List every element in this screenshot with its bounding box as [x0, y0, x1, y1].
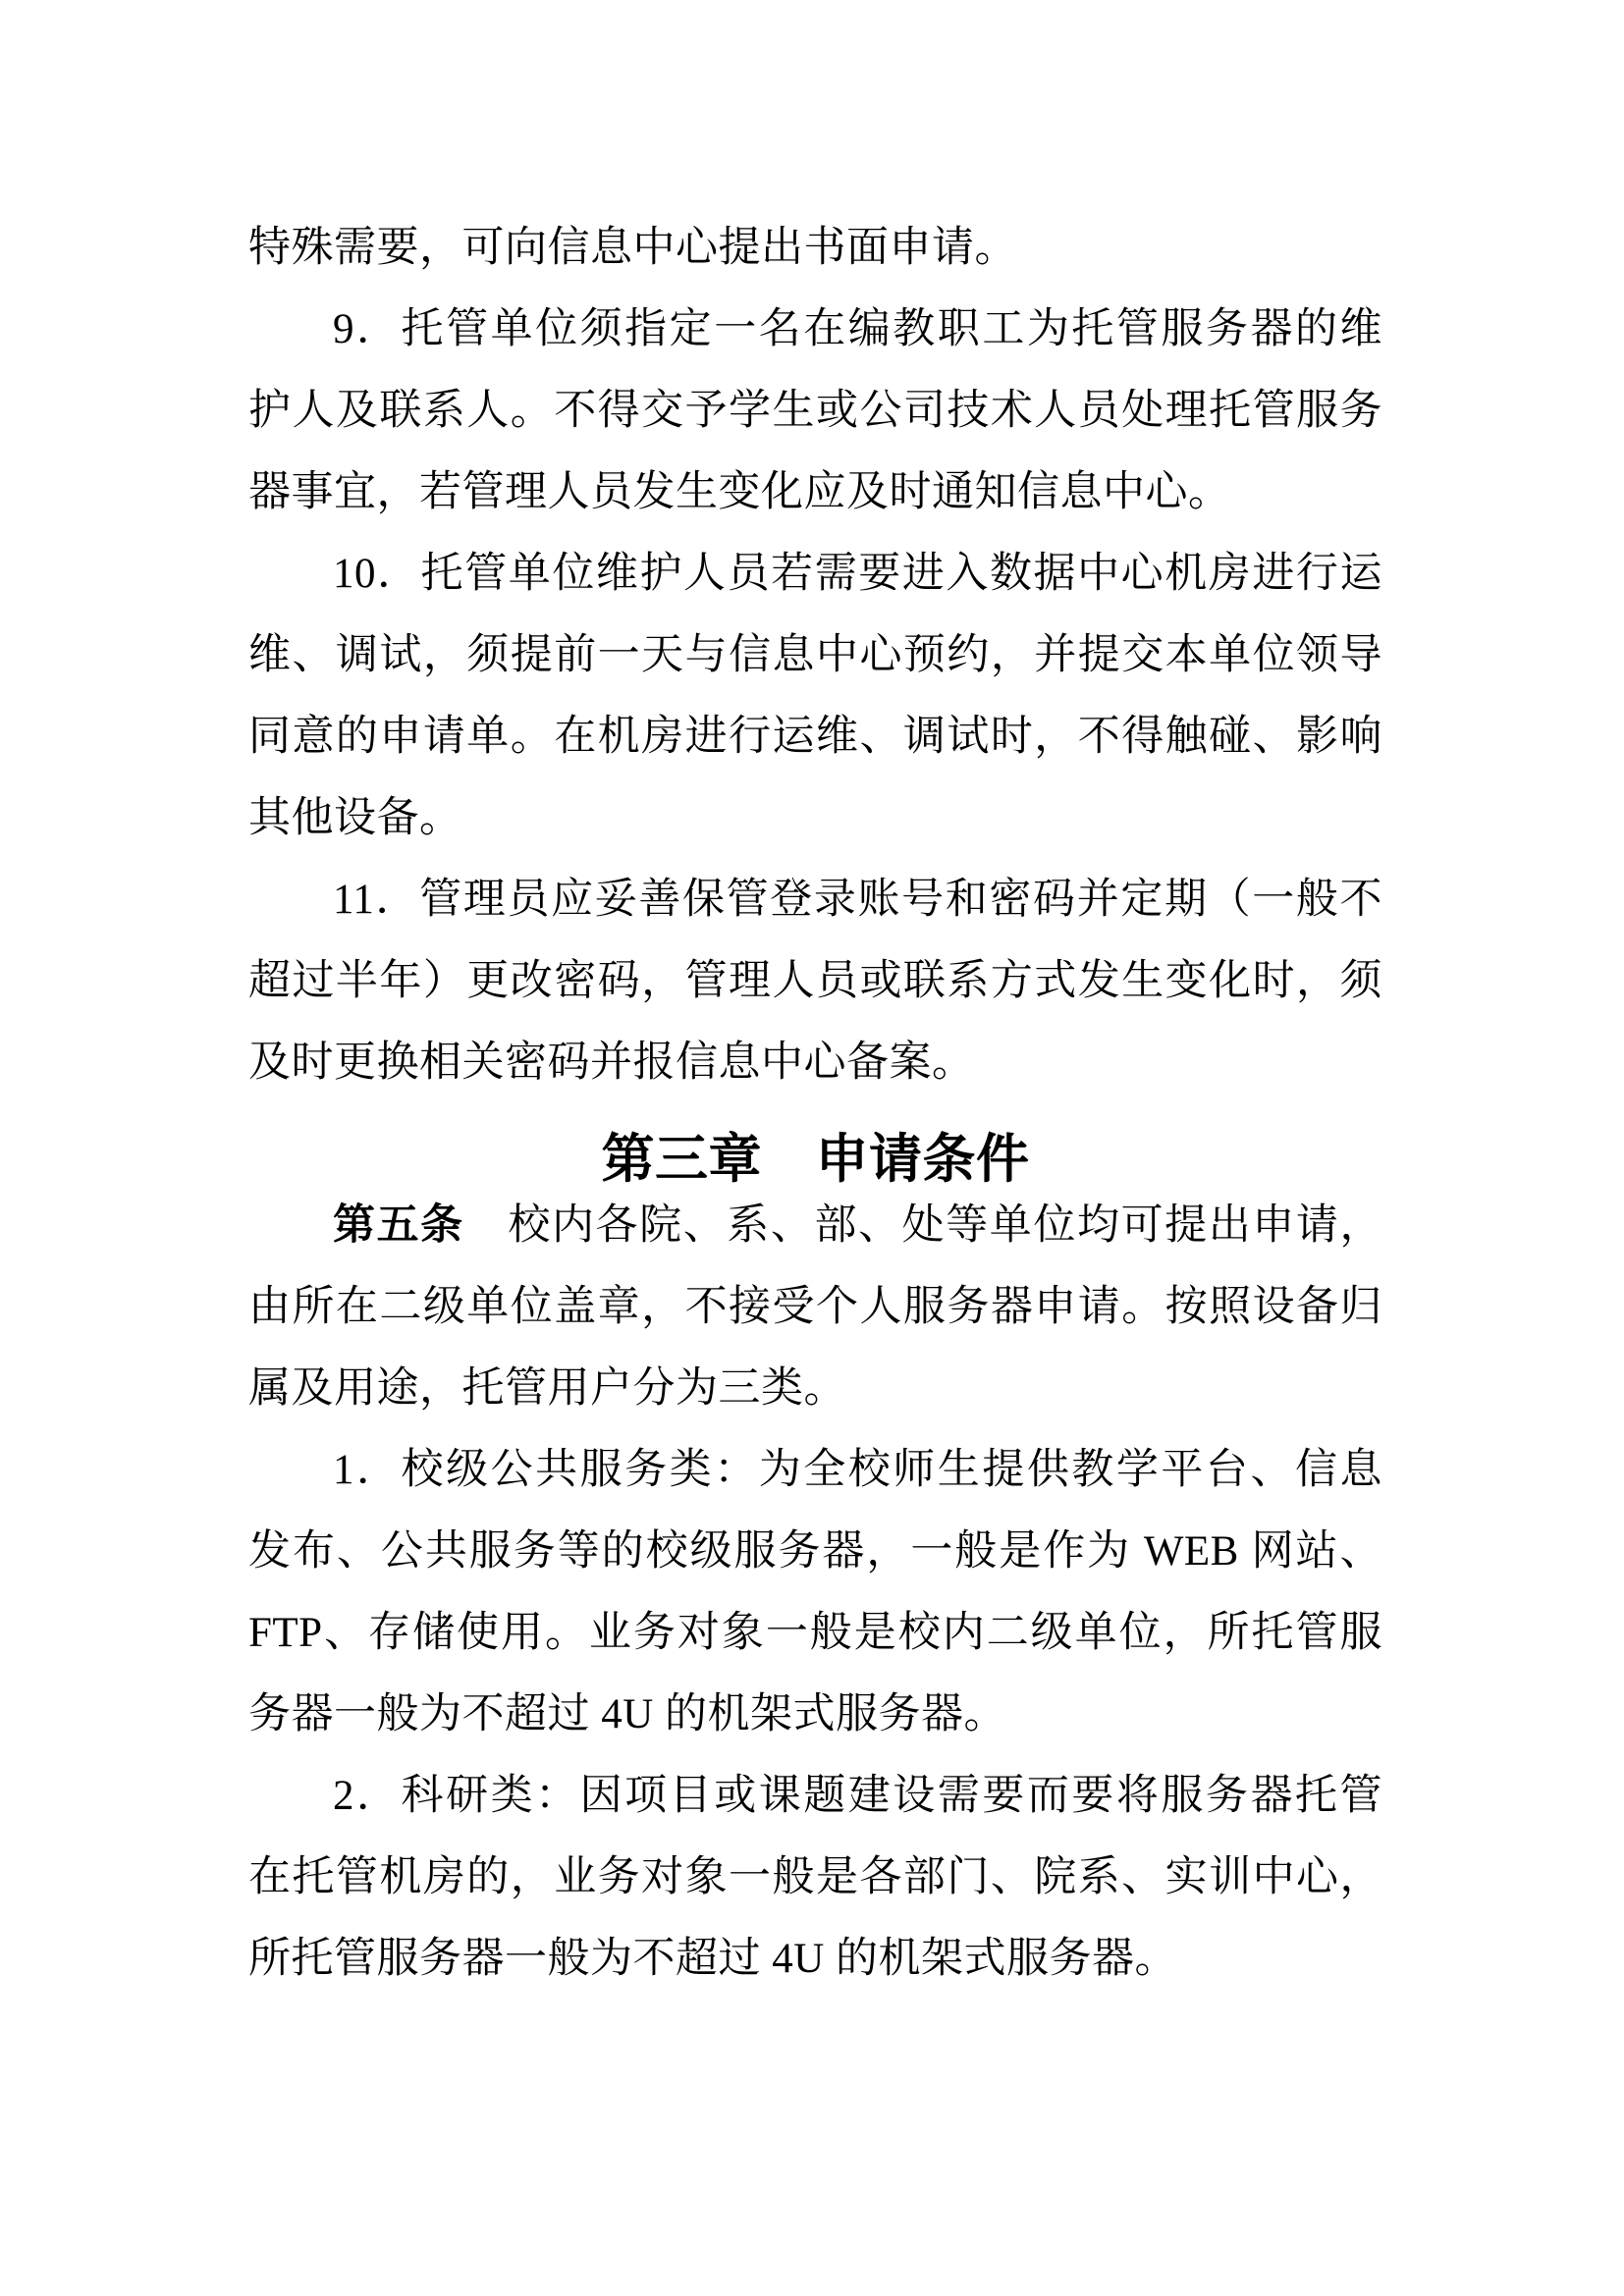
text-run: 校内各院、系、部、处等单位均可提出申请， [464, 1202, 1382, 1249]
text-line: 在托管机房的，业务对象一般是各部门、院系、实训中心， [248, 1837, 1382, 1918]
text-line: 特殊需要，可向信息中心提出书面申请。 [248, 207, 1382, 289]
text-line: 由所在二级单位盖章，不接受个人服务器申请。按照设备归 [248, 1266, 1382, 1348]
text-line: 属及用途，托管用户分为三类。 [248, 1348, 1382, 1429]
text-line: 维、调试，须提前一天与信息中心预约，并提交本单位领导 [248, 614, 1382, 696]
text-line: 同意的申请单。在机房进行运维、调试时，不得触碰、影响 [248, 696, 1382, 777]
text-line: 超过半年）更改密码，管理人员或联系方式发生变化时，须 [248, 940, 1382, 1022]
document-page: 特殊需要，可向信息中心提出书面申请。9．托管单位须指定一名在编教职工为托管服务器… [0, 0, 1624, 2296]
text-line: 及时更换相关密码并报信息中心备案。 [248, 1022, 1382, 1103]
document-body: 特殊需要，可向信息中心提出书面申请。9．托管单位须指定一名在编教职工为托管服务器… [248, 207, 1382, 2000]
text-line: 11．管理员应妥善保管登录账号和密码并定期（一般不 [248, 859, 1382, 940]
text-line: 1．校级公共服务类：为全校师生提供教学平台、信息 [248, 1429, 1382, 1511]
text-line: 发布、公共服务等的校级服务器，一般是作为 WEB 网站、 [248, 1511, 1382, 1592]
text-line: 2．科研类：因项目或课题建设需要而要将服务器托管 [248, 1755, 1382, 1837]
text-line: 其他设备。 [248, 777, 1382, 859]
text-line: 9．托管单位须指定一名在编教职工为托管服务器的维 [248, 289, 1382, 370]
text-line: 所托管服务器一般为不超过 4U 的机架式服务器。 [248, 1918, 1382, 2000]
text-line: 护人及联系人。不得交予学生或公司技术人员处理托管服务 [248, 370, 1382, 452]
text-line: 器事宜，若管理人员发生变化应及时通知信息中心。 [248, 452, 1382, 533]
chapter-heading: 第三章 申请条件 [248, 1119, 1382, 1201]
text-line: FTP、存储使用。业务对象一般是校内二级单位，所托管服 [248, 1592, 1382, 1674]
text-line: 10．托管单位维护人员若需要进入数据中心机房进行运 [248, 533, 1382, 614]
text-line: 务器一般为不超过 4U 的机架式服务器。 [248, 1674, 1382, 1755]
article-number: 第五条 [333, 1201, 464, 1249]
